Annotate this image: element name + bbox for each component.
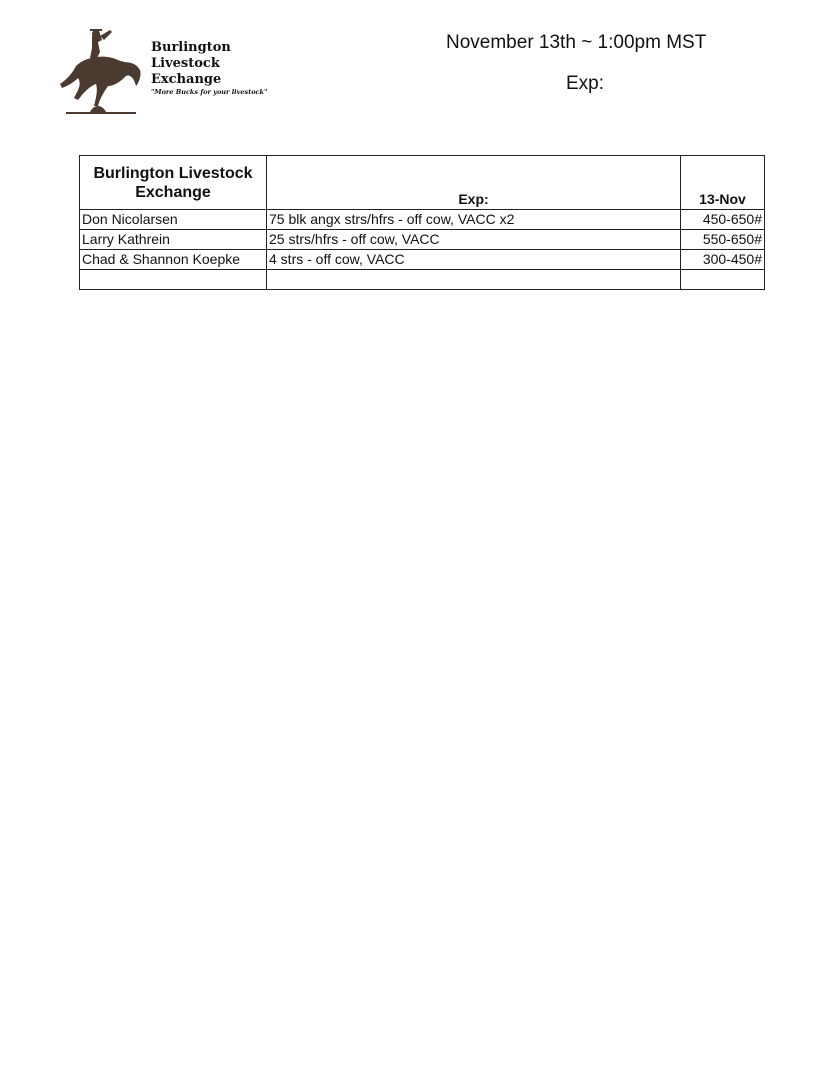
consignor-cell: Chad & Shannon Koepke: [80, 250, 267, 270]
description-cell: 4 strs - off cow, VACC: [267, 250, 681, 270]
logo-company-name: Burlington Livestock Exchange: [151, 40, 231, 88]
exp-label: Exp:: [566, 73, 604, 95]
bucking-horse-rider-icon: [56, 26, 148, 118]
description-cell: 75 blk angx strs/hfrs - off cow, VACC x2: [267, 210, 681, 230]
consignor-cell: Larry Kathrein: [80, 230, 267, 250]
consignor-cell: Don Nicolarsen: [80, 210, 267, 230]
weight-cell: 550-650#: [681, 230, 765, 250]
weight-cell: 450-650#: [681, 210, 765, 230]
header-company: Burlington Livestock Exchange: [80, 156, 267, 210]
table-row: Don Nicolarsen 75 blk angx strs/hfrs - o…: [80, 210, 765, 230]
table-row: Larry Kathrein 25 strs/hfrs - off cow, V…: [80, 230, 765, 250]
description-cell: 25 strs/hfrs - off cow, VACC: [267, 230, 681, 250]
weight-cell: 300-450#: [681, 250, 765, 270]
table-header-row: Burlington Livestock Exchange Exp: 13-No…: [80, 156, 765, 210]
weight-cell: [681, 270, 765, 290]
consignment-table: Burlington Livestock Exchange Exp: 13-No…: [79, 155, 765, 290]
company-logo: Burlington Livestock Exchange "More Buck…: [56, 26, 306, 118]
header-company-text: Burlington Livestock Exchange: [88, 164, 258, 202]
logo-name-line-2: Livestock: [151, 56, 231, 72]
header-exp: Exp:: [267, 156, 681, 210]
table-row-empty: [80, 270, 765, 290]
logo-name-line-3: Exchange: [151, 72, 231, 88]
sale-date-time: November 13th ~ 1:00pm MST: [446, 32, 706, 54]
description-cell: [267, 270, 681, 290]
consignor-cell: [80, 270, 267, 290]
table-row: Chad & Shannon Koepke 4 strs - off cow, …: [80, 250, 765, 270]
logo-name-line-1: Burlington: [151, 40, 231, 56]
header-date: 13-Nov: [681, 156, 765, 210]
logo-tagline: "More Bucks for your livestock": [151, 88, 267, 96]
